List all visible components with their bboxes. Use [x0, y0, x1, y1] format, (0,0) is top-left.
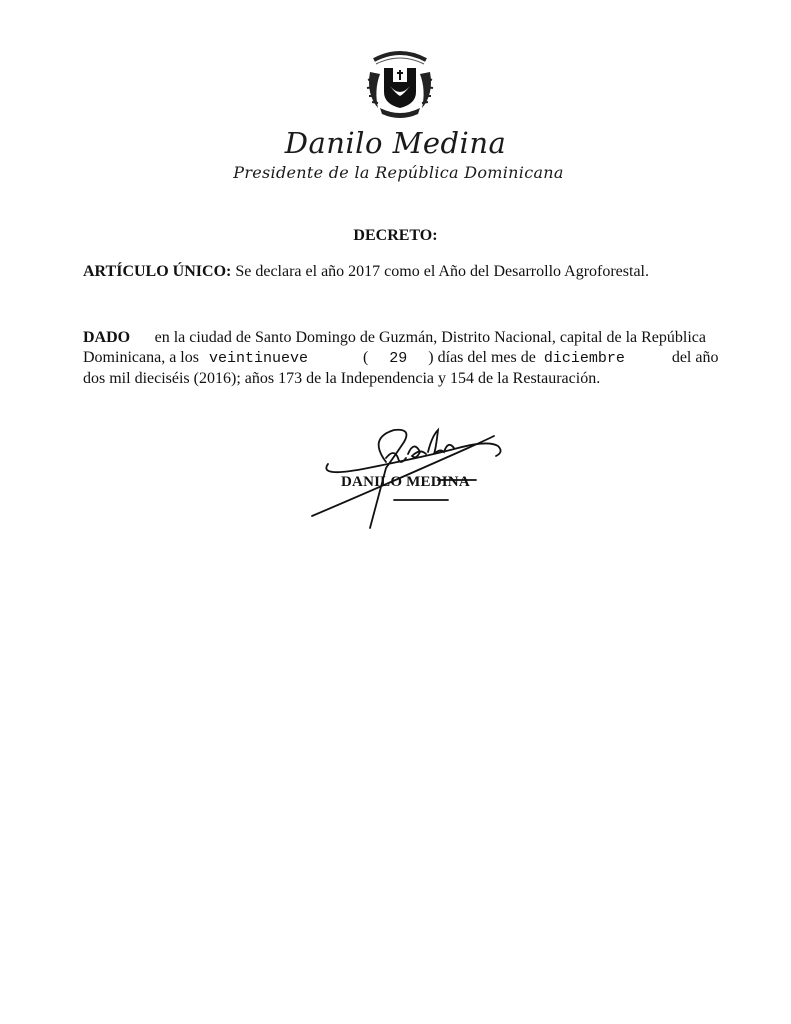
- given-line-2-middle: días del mes de: [438, 349, 536, 366]
- day-number-field: 29: [368, 349, 428, 369]
- day-words-field: veintinueve: [203, 349, 359, 369]
- coat-of-arms-icon: [364, 44, 436, 118]
- given-line-3: dos mil dieciséis (2016); años 173 de la…: [83, 369, 706, 389]
- letterhead-name: Danilo Medina: [0, 126, 791, 160]
- given-line-3-text: dos mil dieciséis (2016); años 173 de la…: [83, 369, 600, 389]
- given-line-2: Dominicana, a los veintinueve (29) días …: [83, 348, 706, 369]
- document-page: Danilo Medina Presidente de la República…: [0, 0, 791, 1024]
- article-text: Se declara el año 2017 como el Año del D…: [231, 263, 649, 280]
- decree-heading: DECRETO:: [0, 227, 791, 245]
- article-label: ARTÍCULO ÚNICO:: [83, 263, 231, 280]
- given-line-2-prefix: Dominicana, a los: [83, 349, 199, 366]
- signer-name: DANILO MEDINA: [341, 474, 470, 491]
- day-close-paren: ): [428, 349, 433, 366]
- given-label: DADO: [83, 328, 130, 348]
- given-paragraph: DADO en la ciudad de Santo Domingo de Gu…: [83, 328, 706, 389]
- given-line-1-text: en la ciudad de Santo Domingo de Guzmán,…: [155, 328, 706, 348]
- month-field: diciembre: [540, 349, 672, 369]
- article-paragraph: ARTÍCULO ÚNICO: Se declara el año 2017 c…: [83, 263, 649, 281]
- letterhead-title: Presidente de la República Dominicana: [0, 163, 791, 182]
- given-line-1: DADO en la ciudad de Santo Domingo de Gu…: [83, 328, 706, 348]
- given-line-2-suffix: del año: [672, 348, 719, 369]
